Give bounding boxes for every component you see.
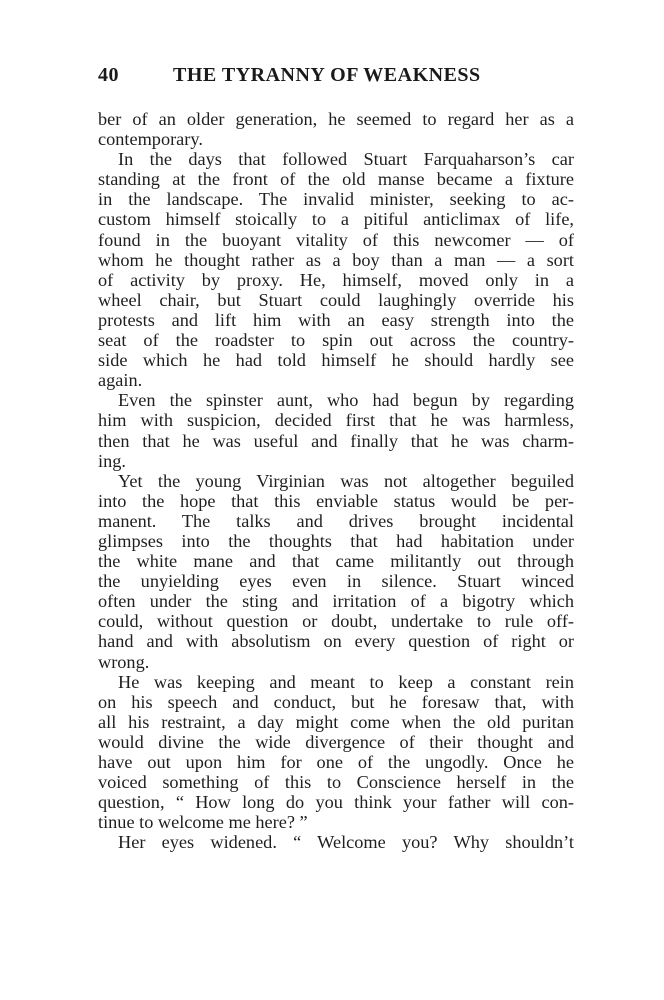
text-line: the unyielding eyes even in silence. Stu…: [98, 571, 574, 591]
text-line: of activity by proxy. He, himself, moved…: [98, 270, 574, 290]
book-page: 40 THE TYRANNY OF WEAKNESS ber of an old…: [98, 64, 574, 852]
body-text: ber of an older generation, he seemed to…: [98, 109, 574, 852]
running-head: 40 THE TYRANNY OF WEAKNESS: [98, 64, 574, 92]
text-line: tinue to welcome me here? ”: [98, 812, 574, 832]
text-line: custom himself stoically to a pitiful an…: [98, 209, 574, 229]
page-number: 40: [98, 64, 173, 87]
text-line: the white mane and that came militantly …: [98, 551, 574, 571]
text-line: contemporary.: [98, 129, 574, 149]
text-line: Yet the young Virginian was not altogeth…: [98, 471, 574, 491]
text-line: protests and lift him with an easy stren…: [98, 310, 574, 330]
text-line: In the days that followed Stuart Farquah…: [98, 149, 574, 169]
text-line: hand and with absolutism on every questi…: [98, 631, 574, 651]
text-line: him with suspicion, decided first that h…: [98, 410, 574, 430]
text-line: Her eyes widened. “ Welcome you? Why sho…: [98, 832, 574, 852]
text-line: wrong.: [98, 652, 574, 672]
text-line: all his restraint, a day might come when…: [98, 712, 574, 732]
text-line: could, without question or doubt, undert…: [98, 611, 574, 631]
text-line: glimpses into the thoughts that had habi…: [98, 531, 574, 551]
text-line: whom he thought rather as a boy than a m…: [98, 250, 574, 270]
text-line: on his speech and conduct, but he foresa…: [98, 692, 574, 712]
text-line: wheel chair, but Stuart could laughingly…: [98, 290, 574, 310]
text-line: manent. The talks and drives brought inc…: [98, 511, 574, 531]
text-line: ber of an older generation, he seemed to…: [98, 109, 574, 129]
text-line: in the landscape. The invalid minister, …: [98, 189, 574, 209]
text-line: question, “ How long do you think your f…: [98, 792, 574, 812]
text-line: side which he had told himself he should…: [98, 350, 574, 370]
text-line: seat of the roadster to spin out across …: [98, 330, 574, 350]
text-line: He was keeping and meant to keep a const…: [98, 672, 574, 692]
text-line: then that he was useful and finally that…: [98, 431, 574, 451]
text-line: have out upon him for one of the ungodly…: [98, 752, 574, 772]
text-line: into the hope that this enviable status …: [98, 491, 574, 511]
text-line: would divine the wide divergence of thei…: [98, 732, 574, 752]
text-line: again.: [98, 370, 574, 390]
running-title: THE TYRANNY OF WEAKNESS: [173, 64, 481, 87]
text-line: found in the buoyant vitality of this ne…: [98, 230, 574, 250]
text-line: often under the sting and irritation of …: [98, 591, 574, 611]
text-line: Even the spinster aunt, who had begun by…: [98, 390, 574, 410]
text-line: voiced something of this to Conscience h…: [98, 772, 574, 792]
text-line: ing.: [98, 451, 574, 471]
text-line: standing at the front of the old manse b…: [98, 169, 574, 189]
